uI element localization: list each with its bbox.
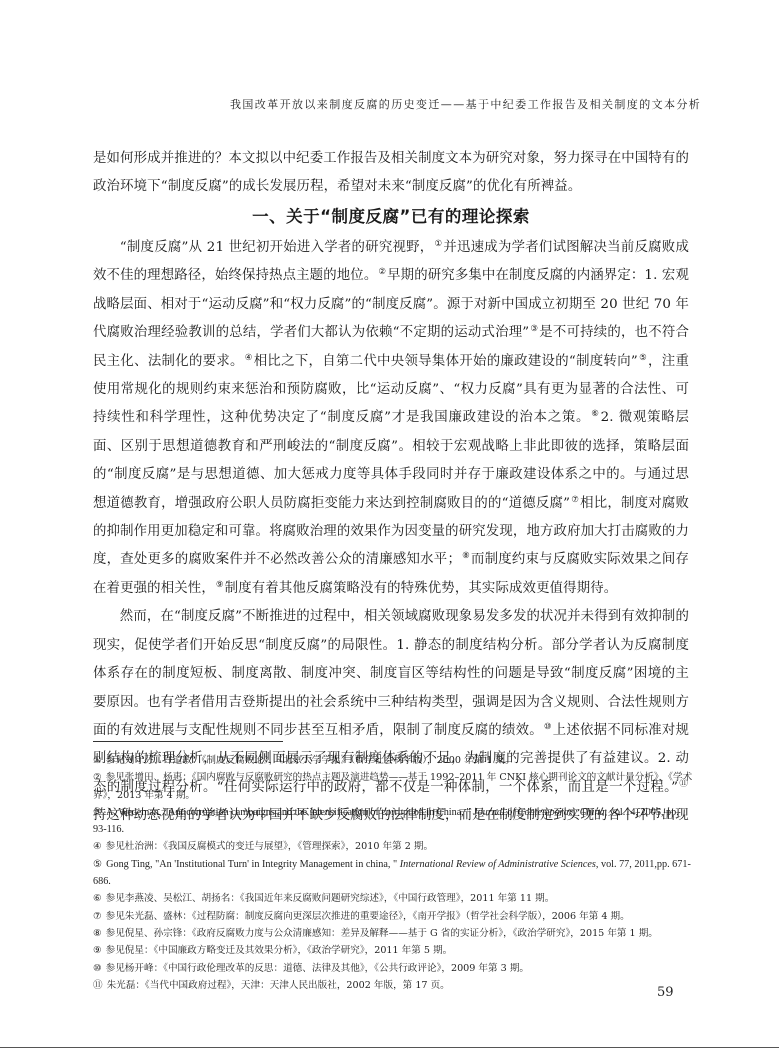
footnote-text: 参见朱光磊、盛林：《过程防腐：制度反腐向更深层次推进的重要途径》，《南开学报》（… [106, 911, 630, 922]
footnote-11: ⑪朱光磊：《当代中国政府过程》，天津：天津人民出版社，2002 年版，第 17 … [93, 977, 693, 994]
footnote-text: A. Wedeman, "Anticorruption campaigns an… [106, 807, 473, 818]
footnote-text: 参见倪星：《中国廉政方略变迁及其效果分析》，《政治学研究》，2011 年第 5 … [106, 945, 453, 956]
paragraph-1: “制度反腐”从 21 世纪初开始进入学者的研究视野，①并迅速成为学者们试图解决当… [93, 234, 689, 603]
text-span: “制度反腐”从 21 世纪初开始进入学者的研究视野， [120, 240, 434, 255]
footnote-number: ⑨ [93, 945, 102, 956]
footnote-4: ④参见杜治洲：《我国反腐模式的变迁与展望》，《管理探索》，2010 年第 2 期… [93, 838, 693, 855]
intro-text: 是如何形成并推进的？本文拟以中纪委工作报告及相关制度文本为研究对象，努力探寻在中… [93, 145, 689, 202]
footnote-number: ⑤ [93, 859, 102, 870]
footnote-text: 参见刘守芬、许道敏：《制度反腐败论》，《北京大学学报》（哲学社会科学版），200… [106, 755, 515, 766]
text-span: 制度有着其他反腐策略没有的特殊优势，其实际成效更值得期待。 [225, 581, 618, 596]
footnote-ref-8[interactable]: ⑧ [462, 551, 470, 561]
footnote-text: 参见杜治洲：《我国反腐模式的变迁与展望》，《管理探索》，2010 年第 2 期。 [106, 841, 433, 852]
running-header: 我国改革开放以来制度反腐的历史变迁——基于中纪委工作报告及相关制度的文本分析 [230, 96, 700, 112]
footnote-text: 参见倪星、孙宗锋：《政府反腐败力度与公众清廉感知：差异及解释——基于 G 省的实… [106, 928, 658, 939]
footnote-8: ⑧参见倪星、孙宗锋：《政府反腐败力度与公众清廉感知：差异及解释——基于 G 省的… [93, 925, 693, 942]
footnote-number: ⑥ [93, 893, 102, 904]
intro-paragraph: 是如何形成并推进的？本文拟以中纪委工作报告及相关制度文本为研究对象，努力探寻在中… [93, 145, 689, 202]
page-number: 59 [657, 985, 674, 1000]
footnote-ref-10[interactable]: ⑩ [544, 722, 552, 732]
footnote-2: ②参见张增田、杨惠：《国内腐败与反腐败研究的热点主题及演进趋势——基于 1992… [93, 769, 693, 804]
footnote-text: 参见杨开峰：《中国行政伦理改革的反思：道德、法律及其他》，《公共行政评论》，20… [106, 963, 529, 974]
journal-title: International Review of Administrative S… [400, 859, 596, 870]
footnote-text: 参见李燕凌、吴松江、胡扬名：《我国近年来反腐败问题研究综述》，《中国行政管理》，… [106, 893, 555, 904]
footnote-text: Gong Ting, "An 'Institutional Turn' in I… [106, 859, 400, 870]
footnote-ref-2[interactable]: ② [378, 267, 386, 277]
footnote-5: ⑤Gong Ting, "An 'Institutional Turn' in … [93, 856, 693, 891]
footnotes: ①参见刘守芬、许道敏：《制度反腐败论》，《北京大学学报》（哲学社会科学版），20… [93, 752, 693, 994]
section-title: 一、关于“制度反腐”已有的理论探索 [93, 203, 689, 227]
footnote-number: ⑪ [93, 980, 103, 991]
page-bottom-rule [0, 1047, 779, 1048]
footnote-text: 朱光磊：《当代中国政府过程》，天津：天津人民出版社，2002 年版，第 17 页… [107, 980, 450, 991]
footnote-6: ⑥参见李燕凌、吴松江、胡扬名：《我国近年来反腐败问题研究综述》，《中国行政管理》… [93, 890, 693, 907]
footnote-ref-5[interactable]: ⑤ [639, 353, 647, 363]
journal-title: Journal of Contemporary China [473, 807, 605, 818]
footnote-number: ③ [93, 807, 102, 818]
footnote-text: 参见张增田、杨惠：《国内腐败与反腐败研究的热点主题及演进趋势——基于 1992–… [93, 772, 692, 800]
footnote-number: ⑩ [93, 963, 102, 974]
footnote-number: ⑦ [93, 911, 102, 922]
footnote-separator [93, 741, 283, 742]
footnote-ref-4[interactable]: ④ [245, 353, 253, 363]
footnote-number: ① [93, 755, 102, 766]
footnote-7: ⑦参见朱光磊、盛林：《过程防腐：制度反腐向更深层次推进的重要途径》，《南开学报》… [93, 908, 693, 925]
text-span: 然而，在“制度反腐”不断推进的过程中，相关领域腐败现象易发多发的状况并未得到有效… [93, 609, 689, 738]
footnote-10: ⑩参见杨开峰：《中国行政伦理改革的反思：道德、法律及其他》，《公共行政评论》，2… [93, 960, 693, 977]
footnote-1: ①参见刘守芬、许道敏：《制度反腐败论》，《北京大学学报》（哲学社会科学版），20… [93, 752, 693, 769]
footnote-ref-9[interactable]: ⑨ [216, 580, 224, 590]
footnote-number: ② [93, 772, 102, 783]
text-span: 相比之下，自第二代中央领导集体开始的廉政建设的“制度转向” [254, 354, 638, 369]
footnote-number: ⑧ [93, 928, 102, 939]
footnote-9: ⑨参见倪星：《中国廉政方略变迁及其效果分析》，《政治学研究》，2011 年第 5… [93, 942, 693, 959]
footnote-number: ④ [93, 841, 102, 852]
footnote-ref-6[interactable]: ⑥ [591, 409, 599, 419]
footnote-3: ③A. Wedeman, "Anticorruption campaigns a… [93, 804, 693, 839]
footnote-ref-1[interactable]: ① [434, 239, 442, 249]
footnote-ref-3[interactable]: ③ [530, 324, 538, 334]
footnote-ref-7[interactable]: ⑦ [571, 495, 579, 505]
